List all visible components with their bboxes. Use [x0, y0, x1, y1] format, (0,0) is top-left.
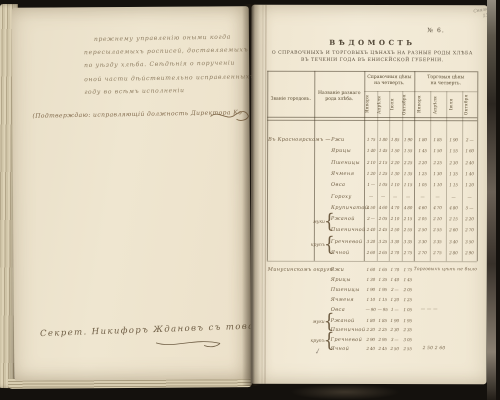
price-cell: 1 90 — [402, 137, 414, 142]
price-cell: 2 45 — [377, 346, 389, 351]
handwritten-line: пересылаемыхъ росписей, доставляемыхъ — [84, 46, 248, 56]
price-cell: 4 70 — [430, 205, 445, 210]
price-cell: 1 85 — [377, 318, 389, 323]
price-cell: 5 — — [462, 205, 477, 210]
group-header-line: на четверть. — [374, 81, 404, 86]
book-fore-edge — [487, 0, 496, 400]
right-page: Связка 135 № 6. ВѢДОМОСТЬ О СПРАВОЧНЫХЪ … — [251, 5, 488, 385]
price-cell: 1 05 — [415, 182, 430, 187]
price-cell: 4 60 — [415, 205, 430, 210]
column-header-cities: Званіе городовъ. — [267, 97, 314, 103]
price-cell: 3 — — [389, 337, 401, 342]
month-subheader: Іюля — [390, 92, 401, 117]
price-cell: 4 60 — [377, 205, 389, 210]
price-cell: 1 70 — [389, 267, 401, 272]
grain-label: Ярицы — [331, 277, 365, 283]
table-row: Ржаной 2 —2 052 102 152 052 102 152 20 — [251, 216, 487, 228]
table-row: Гороху ———————— — [251, 194, 487, 206]
price-cell: 2 05 — [402, 287, 414, 292]
price-cell: 3 25 — [377, 239, 389, 244]
price-cell: 1 80 — [365, 318, 377, 323]
price-table: Званіе городовъ. Названіе разнаго рода х… — [251, 5, 487, 6]
price-cell: 2 — — [389, 287, 401, 292]
price-cell: 1 20 — [389, 297, 401, 302]
price-cell: 4 50 — [365, 205, 377, 210]
price-cell: 2 05 — [377, 216, 389, 221]
photograph-of-open-ledger: прежнему управленію оными когда пересыла… — [0, 0, 500, 400]
group-header-line: на четверть. — [431, 81, 461, 86]
price-cell: 3 30 — [389, 239, 401, 244]
price-cell: 2 50 — [389, 227, 401, 232]
document-subtitle: ВЪ ТЕЧЕНІИ ГОДА ВЪ ЕНИСЕЙСКОЙ ГУБЕРНІИ. — [259, 58, 485, 64]
table-row: Пшеничной 2 402 452 502 552 502 552 602 … — [251, 227, 487, 239]
price-cell: 1 40 — [462, 171, 477, 176]
table-row: Ячной 2 402 452 502 55 2 50 2 60 — [251, 346, 487, 358]
grain-label: Крупичатой — [331, 205, 365, 211]
column-header-grain: Названіе разнаго рода хлѣба. — [315, 91, 363, 103]
price-cell: 1 65 — [377, 267, 389, 272]
pencil-annotation: Связка 135 — [447, 7, 492, 26]
price-cell: 2 05 — [415, 216, 430, 221]
price-cell: 2 15 — [377, 160, 389, 165]
column-header-line: рода хлѣба. — [325, 97, 353, 102]
price-cell: 2 — — [365, 216, 377, 221]
price-cell: 3 20 — [365, 239, 377, 244]
price-cell: 1 75 — [365, 137, 377, 142]
price-cell: — — [389, 194, 401, 199]
price-cell: 1 85 — [389, 137, 401, 142]
grain-label: Ячной — [331, 250, 365, 256]
table-row: Гречневой 3 203 253 303 353 303 353 403 … — [251, 239, 487, 251]
month-subheader: Апрѣля — [433, 92, 444, 117]
table-row: Ячной 2 602 652 702 752 702 752 802 90 — [251, 250, 487, 262]
price-cell: 2 70 — [415, 250, 430, 255]
price-cell: 1 85 — [430, 137, 445, 142]
table-row: Овса — 90— 951 —1 05 — — — — [251, 307, 487, 319]
month-subheader: Октября — [402, 92, 413, 117]
dashes: — — — — [421, 307, 485, 312]
price-cell: 1 10 — [389, 182, 401, 187]
price-cell: 1 40 — [389, 277, 401, 282]
grain-label: Гороху — [331, 194, 365, 200]
price-cell: 2 20 — [389, 160, 401, 165]
price-cell: — — [462, 194, 477, 199]
price-cell: 1 40 — [365, 148, 377, 153]
price-cell: 2 70 — [389, 250, 401, 255]
handwritten-line: по уѣзду хлѣба. Свѣдѣнія о порученіи — [84, 59, 235, 69]
month-subheader: Января — [417, 92, 428, 117]
table-row: Ржи 1 751 801 851 901 801 851 902 — — [251, 137, 487, 149]
price-cell: 1 35 — [446, 171, 461, 176]
price-cell: 1 35 — [402, 171, 414, 176]
price-cell: 2 25 — [377, 327, 389, 332]
price-cell: 2 50 — [389, 346, 401, 351]
price-cell: — 95 — [377, 307, 389, 312]
price-cell: 1 90 — [389, 318, 401, 323]
grain-label: Ржаной — [331, 216, 365, 222]
price-cell: 2 75 — [430, 250, 445, 255]
price-cell: 2 60 — [365, 250, 377, 255]
price-cell: 2 35 — [402, 327, 414, 332]
grain-label: Ярицы — [331, 148, 365, 154]
price-cell: 1 05 — [402, 307, 414, 312]
book-gutter — [242, 4, 260, 386]
price-cell: 2 80 — [446, 250, 461, 255]
price-cell: 1 10 — [365, 297, 377, 302]
price-cell: 1 — — [365, 182, 377, 187]
price-cell: — — [430, 194, 445, 199]
price-cell: 2 65 — [377, 250, 389, 255]
group-header-line: Торговыя цѣны — [427, 75, 464, 80]
price-cell: 1 20 — [462, 182, 477, 187]
price-cell: 2 20 — [415, 160, 430, 165]
price-cell: 2 70 — [462, 227, 477, 232]
document-number: № 6. — [427, 27, 467, 34]
extra-prices: 2 50 2 60 — [423, 346, 487, 351]
price-cell: — — [377, 194, 389, 199]
grain-label: Пшеничной — [331, 227, 365, 233]
price-cell: 4 80 — [402, 205, 414, 210]
table-row: Крупичатой 4 504 604 704 804 604 704 805… — [251, 205, 487, 217]
price-cell: 1 25 — [402, 297, 414, 302]
price-cell: 1 80 — [377, 137, 389, 142]
price-cell: 1 45 — [377, 148, 389, 153]
price-cell: 2 40 — [462, 160, 477, 165]
price-cell: 2 25 — [402, 160, 414, 165]
price-cell: 2 55 — [402, 346, 414, 351]
price-cell: 2 25 — [430, 160, 445, 165]
price-cell: 1 45 — [415, 148, 430, 153]
price-cell: 2 40 — [365, 227, 377, 232]
price-cell: 2 55 — [430, 227, 445, 232]
price-cell: 2 60 — [446, 227, 461, 232]
handwritten-line: году во всѣмъ исполненіи — [84, 87, 185, 96]
price-cell: 2 95 — [377, 337, 389, 342]
price-cell: 1 95 — [402, 318, 414, 323]
table-row: Овса 1 —1 051 101 151 051 101 151 20 — [251, 182, 487, 194]
price-cell: 1 15 — [377, 297, 389, 302]
price-cell: — — [415, 194, 430, 199]
price-cell: 2 50 — [415, 227, 430, 232]
grain-label: Ячменя — [331, 297, 365, 303]
grain-label: Ржаной — [331, 318, 365, 324]
price-cell: 3 35 — [430, 239, 445, 244]
grain-label: Овса — [331, 182, 365, 188]
group-header-reference-prices: Справочныя цѣны на четверть. — [364, 75, 414, 87]
grain-label: Ячной — [331, 346, 365, 352]
price-cell: 2 10 — [430, 216, 445, 221]
group-header-market-prices: Торговыя цѣны на четверть. — [414, 75, 477, 87]
price-cell: 1 55 — [402, 148, 414, 153]
grain-label: Пшеницы — [331, 287, 365, 293]
price-cell: 2 45 — [377, 227, 389, 232]
grain-label: Гречневой — [331, 239, 365, 245]
price-cell: — — [402, 194, 414, 199]
month-subheader: Апрѣля — [377, 92, 388, 117]
price-cell: 1 35 — [377, 277, 389, 282]
price-cell: 1 60 — [365, 267, 377, 272]
grain-label: Овса — [331, 307, 365, 313]
grid-line — [267, 71, 477, 73]
price-cell: — 90 — [365, 307, 377, 312]
left-page: прежнему управленію оными когда пересыла… — [12, 6, 252, 381]
price-cell: 4 70 — [389, 205, 401, 210]
price-cell: 1 30 — [430, 171, 445, 176]
price-cell: 2 55 — [402, 227, 414, 232]
price-cell: 2 10 — [389, 216, 401, 221]
price-cell: 2 75 — [402, 250, 414, 255]
price-cell: 2 40 — [365, 346, 377, 351]
price-cell: 1 95 — [377, 287, 389, 292]
price-cell: 2 30 — [389, 327, 401, 332]
column-header-line: Названіе разнаго — [318, 91, 360, 96]
price-cell: 1 20 — [365, 171, 377, 176]
price-cell: 1 — — [389, 307, 401, 312]
month-subheader: Января — [365, 92, 376, 117]
table-row: Пшеницы 2 102 152 202 252 202 252 302 40 — [251, 160, 487, 172]
price-cell: 1 30 — [389, 171, 401, 176]
price-cell: 1 50 — [389, 148, 401, 153]
price-cell: 3 40 — [446, 239, 461, 244]
price-cell: 2 20 — [462, 216, 477, 221]
grain-label: Ячменя — [331, 171, 365, 177]
grain-label: Пшеничной — [331, 327, 365, 333]
price-cell: 1 55 — [446, 148, 461, 153]
table-row: Ячменя 1 201 251 301 351 251 301 351 40 — [251, 171, 487, 183]
price-cell: — — [446, 194, 461, 199]
grain-label: Гречневой — [331, 337, 365, 343]
shadow-blotch — [290, 384, 400, 400]
price-cell: 3 35 — [402, 239, 414, 244]
price-cell: — — [365, 194, 377, 199]
price-cell: 1 45 — [402, 277, 414, 282]
price-cell: 2 90 — [462, 250, 477, 255]
price-cell: 2 90 — [365, 337, 377, 342]
price-cell: 3 50 — [462, 239, 477, 244]
price-cell: 1 30 — [365, 277, 377, 282]
price-cell: 1 75 — [402, 267, 414, 272]
price-cell: 2 15 — [402, 216, 414, 221]
price-cell: 1 60 — [462, 148, 477, 153]
price-cell: 3 05 — [402, 337, 414, 342]
group-header-line: Справочныя цѣны — [367, 75, 411, 80]
flourish-icon — [154, 336, 224, 348]
price-cell: 2 15 — [446, 216, 461, 221]
price-cell: 1 15 — [402, 182, 414, 187]
table-row: Ярицы 1 401 451 501 551 451 501 551 60 — [251, 148, 487, 160]
price-cell: 1 90 — [365, 287, 377, 292]
price-cell: 1 80 — [415, 137, 430, 142]
price-cell: 4 80 — [446, 205, 461, 210]
price-cell: 1 25 — [415, 171, 430, 176]
price-cell: 1 05 — [377, 182, 389, 187]
document-subtitle: О СПРАВОЧНЫХЪ И ТОРГОВЫХЪ ЦѢНАХЪ НА РАЗН… — [259, 51, 485, 57]
grain-label: Пшеницы — [331, 160, 365, 166]
grain-label: Ржи — [331, 267, 365, 273]
price-cell: 1 10 — [430, 182, 445, 187]
month-subheader: Октября — [464, 92, 475, 117]
price-cell: 2 30 — [446, 160, 461, 165]
document-title: ВѢДОМОСТЬ — [267, 38, 477, 48]
handwritten-line: оной части дѣйствительно исправленныхъ — [84, 73, 254, 83]
price-cell: 1 25 — [377, 171, 389, 176]
grain-label: Ржи — [331, 137, 365, 143]
price-cell: 3 30 — [415, 239, 430, 244]
price-cell: 1 90 — [446, 137, 461, 142]
handwritten-line: прежнему управленію оными когда — [94, 34, 231, 43]
month-subheader: Іюля — [449, 92, 460, 117]
price-cell: 1 50 — [430, 148, 445, 153]
price-cell: 2 — — [462, 137, 477, 142]
price-cell: 2 10 — [365, 160, 377, 165]
price-cell: 1 15 — [446, 182, 461, 187]
price-cell: 2 20 — [365, 327, 377, 332]
